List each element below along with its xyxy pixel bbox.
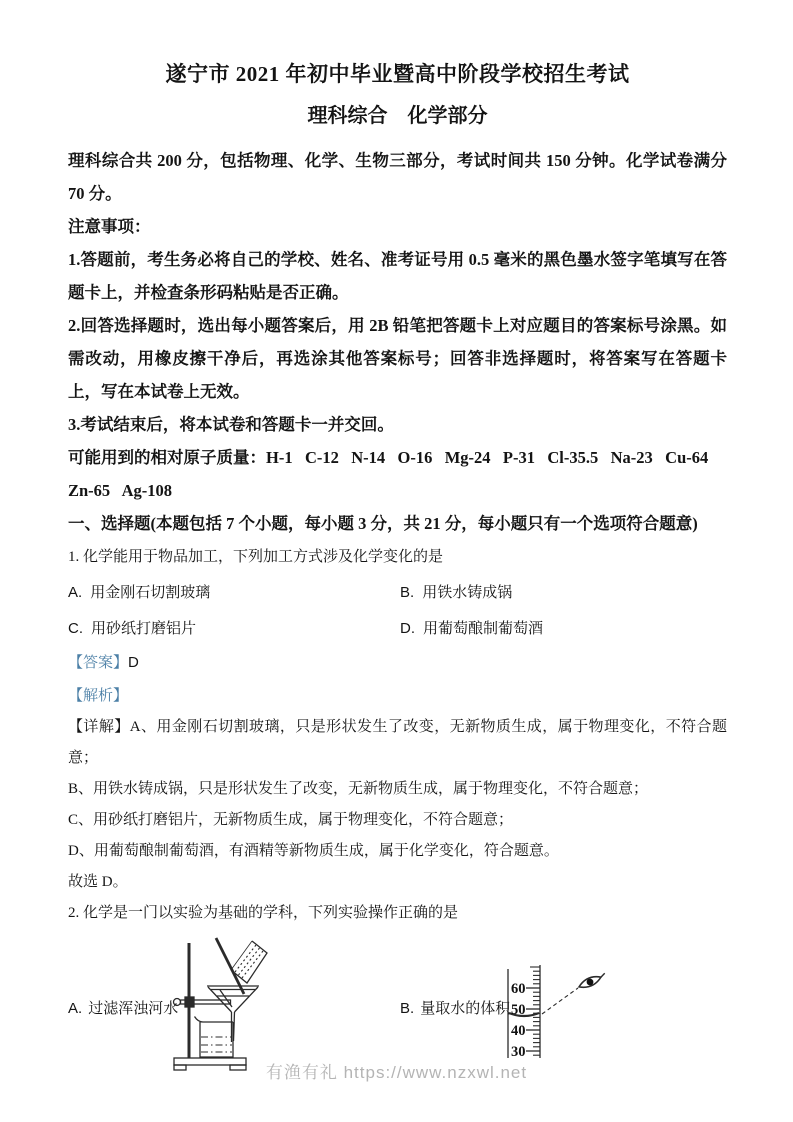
measuring-cylinder-figure: 60 50 40 30 bbox=[492, 961, 617, 1066]
page-subtitle: 理科综合 化学部分 bbox=[68, 100, 727, 132]
option-b: B.用铁水铸成锅 bbox=[400, 577, 512, 609]
detail-conclusion: 故选 D。 bbox=[68, 867, 727, 898]
cylinder-tick-label-60: 60 bbox=[511, 981, 526, 997]
answer-line: 【答案】D bbox=[68, 647, 727, 679]
option-c: C.用砂纸打磨铝片 bbox=[68, 613, 400, 645]
atomic-masses-line-2: Zn-65 Ag-108 bbox=[68, 474, 727, 507]
question-2-text: 2. 化学是一门以实验为基础的学科，下列实验操作正确的是 bbox=[68, 898, 727, 929]
detail-paragraph-b: B、用铁水铸成锅，只是形状发生了改变，无新物质生成，属于物理变化，不符合题意； bbox=[68, 774, 727, 805]
detail-paragraph-a: 【详解】A、用金刚石切割玻璃，只是形状发生了改变，无新物质生成，属于物理变化，不… bbox=[68, 712, 727, 774]
detail-label: 【详解】 bbox=[68, 719, 130, 735]
notice-heading: 注意事项： bbox=[68, 210, 727, 243]
sight-line-icon bbox=[542, 988, 578, 1014]
option-c-text: 用砂纸打磨铝片 bbox=[91, 621, 196, 637]
exam-document-page: 遂宁市 2021 年初中毕业暨高中阶段学校招生考试 理科综合 化学部分 理科综合… bbox=[0, 0, 793, 1122]
analysis-label: 【解析】 bbox=[68, 688, 128, 704]
question-1-options-row-1: A.用金刚石切割玻璃 B.用铁水铸成锅 bbox=[68, 577, 727, 609]
notice-item-3: 3.考试结束后，将本试卷和答题卡一并交回。 bbox=[68, 408, 727, 441]
option-b-letter: B. bbox=[400, 584, 414, 601]
notice-item-2: 2.回答选择题时，选出每小题答案后，用 2B 铅笔把答题卡上对应题目的答案标号涂… bbox=[68, 309, 727, 408]
option-d-letter: D. bbox=[400, 620, 415, 637]
figure-b-letter: B. bbox=[400, 1000, 414, 1017]
analysis-line: 【解析】 bbox=[68, 681, 727, 712]
detail-text-a: A、用金刚石切割玻璃，只是形状发生了改变，无新物质生成，属于物理变化，不符合题意… bbox=[68, 719, 727, 766]
eye-icon bbox=[577, 971, 607, 990]
option-a: A.用金刚石切割玻璃 bbox=[68, 577, 400, 609]
page-title: 遂宁市 2021 年初中毕业暨高中阶段学校招生考试 bbox=[68, 58, 727, 90]
cylinder-tick-label-40: 40 bbox=[511, 1023, 526, 1039]
question-1-options-row-2: C.用砂纸打磨铝片 D.用葡萄酿制葡萄酒 bbox=[68, 613, 727, 645]
option-a-letter: A. bbox=[68, 584, 82, 601]
detail-paragraph-d: D、用葡萄酿制葡萄酒，有酒精等新物质生成，属于化学变化，符合题意。 bbox=[68, 836, 727, 867]
detail-paragraph-c: C、用砂纸打磨铝片，无新物质生成，属于物理变化，不符合题意； bbox=[68, 805, 727, 836]
answer-label: 【答案】 bbox=[68, 655, 128, 671]
atomic-masses-line-1: 可能用到的相对原子质量：H-1 C-12 N-14 O-16 Mg-24 P-3… bbox=[68, 441, 727, 474]
answer-value: D bbox=[128, 654, 139, 671]
question-1-text: 1. 化学能用于物品加工，下列加工方式涉及化学变化的是 bbox=[68, 542, 727, 573]
option-d-text: 用葡萄酿制葡萄酒 bbox=[423, 621, 543, 637]
option-d: D.用葡萄酿制葡萄酒 bbox=[400, 613, 543, 645]
document-content: 遂宁市 2021 年初中毕业暨高中阶段学校招生考试 理科综合 化学部分 理科综合… bbox=[68, 0, 727, 1095]
notice-item-1: 1.答题前，考生务必将自己的学校、姓名、准考证号用 0.5 毫米的黑色墨水签字笔… bbox=[68, 243, 727, 309]
figure-a-text: 过滤浑浊河水 bbox=[88, 1001, 178, 1017]
figure-a-caption: A.过滤浑浊河水 bbox=[68, 997, 178, 1018]
footer-watermark: 有渔有礼 https://www.nzxwl.net bbox=[0, 1058, 793, 1083]
clamp-screw-icon bbox=[174, 999, 181, 1006]
option-b-text: 用铁水铸成锅 bbox=[422, 585, 512, 601]
option-a-text: 用金刚石切割玻璃 bbox=[90, 585, 210, 601]
cylinder-tick-label-50: 50 bbox=[511, 1002, 526, 1018]
figure-a-letter: A. bbox=[68, 1000, 82, 1017]
intro-paragraph: 理科综合共 200 分，包括物理、化学、生物三部分，考试时间共 150 分钟。化… bbox=[68, 144, 727, 210]
section-heading: 一、选择题(本题包括 7 个小题，每小题 3 分，共 21 分，每小题只有一个选… bbox=[68, 507, 727, 540]
option-c-letter: C. bbox=[68, 620, 83, 637]
